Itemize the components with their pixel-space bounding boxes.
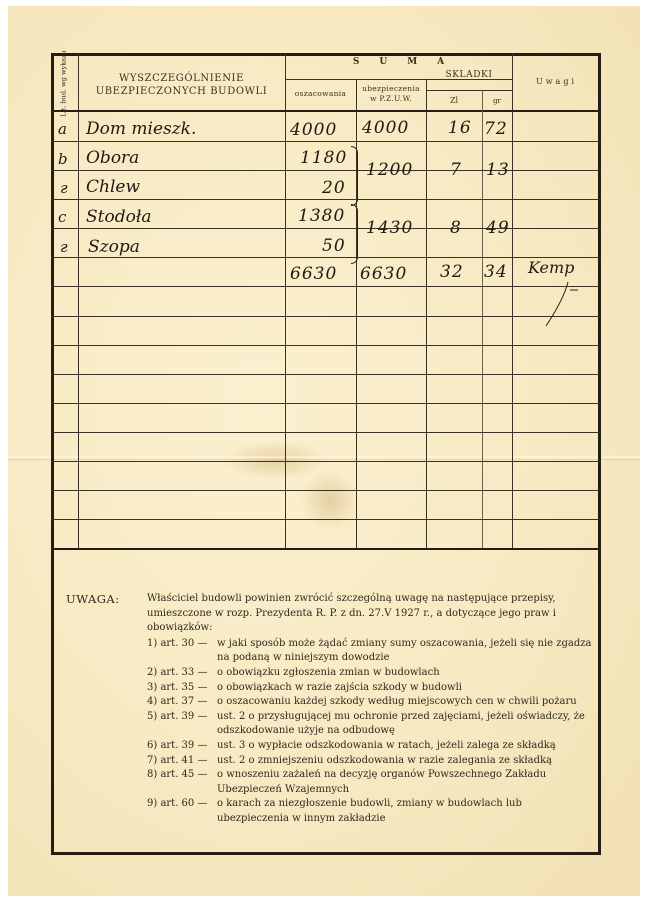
row-oszacowania: 20 [322,178,346,198]
regulation-text: ust. 2 o przysługującej mu ochronie prze… [217,711,585,737]
row-ubezpieczenia: 1430 [366,218,413,238]
row-name: Obora [86,148,139,168]
regulation-text: ust. 2 o zmniejszeniu odszkodowania w ra… [217,755,552,766]
header-bottom-line [51,110,601,112]
row-oszacowania: 1180 [300,148,347,168]
row-oszacowania: 50 [322,236,346,256]
ubezpieczenia-header: ubezpieczenia w P.Z.U.W. [356,84,426,104]
row-rule [51,490,601,491]
row-oszacowania: 1380 [298,206,345,226]
total-oszacowania: 6630 [290,264,337,284]
col-divider [512,53,513,548]
row-lit: c [58,208,66,226]
skladki-header: SKLADKI [426,70,512,80]
description-header-line1: WYSZCZEGÓLNIENIE [78,72,285,85]
row-rule [51,519,601,520]
regulation-text: o karach za niezgłoszenie budowli, zmian… [217,798,522,824]
regulation-item: 3) art. 35 —o obowiązkach w razie zajści… [147,681,595,696]
row-rule [51,345,601,346]
uwagi-header: Uwagi [512,77,601,86]
regulation-item: 8) art. 45 —o wnoszeniu zażaleń na decyz… [147,768,595,797]
description-column-header: WYSZCZEGÓLNIENIE UBEZPIECZONYCH BUDOWLI [78,72,285,98]
regulation-item: 7) art. 41 —ust. 2 o zmniejszeniu odszko… [147,754,595,769]
row-ubezpieczenia: 4000 [362,118,409,138]
row-oszacowania: 4000 [290,120,337,140]
regulation-text: o wnoszeniu zażaleń na decyzję organów P… [217,769,546,795]
regulation-text: o oszacowaniu każdej szkody według miejs… [217,696,577,707]
suma-group-header: SUMA [285,57,512,67]
lit-column-header: Lit. bud. wg wykazu [51,56,78,110]
row-ubezpieczenia: 1200 [366,160,413,180]
row-zl: 16 [448,118,472,138]
regulation-item: 4) art. 37 —o oszacowaniu każdej szkody … [147,695,595,710]
row-rule [51,316,601,317]
row-lit: a [58,120,67,138]
regulation-item: 9) art. 60 —o karach za niezgłoszenie bu… [147,797,595,826]
regulation-item: 1) art. 30 —w jaki sposób może żądać zmi… [147,637,595,666]
col-divider [285,53,286,548]
zl-header: Zl [426,96,482,105]
row-rule [51,461,601,462]
row-lit: b [58,150,68,168]
row-gr: 13 [486,160,510,180]
ubezpieczenia-header-line1: ubezpieczenia [356,84,426,94]
uwagi-signature: Kemp [528,258,574,277]
col-divider [482,90,483,548]
row-zl: 8 [450,218,462,238]
regulation-text: ust. 3 o wypłacie odszkodowania w ratach… [217,740,556,751]
row-rule [51,432,601,433]
col-divider [426,80,427,548]
regulation-number: 1) art. 30 — [147,637,207,652]
row-name: Stodoła [86,207,151,227]
regulation-number: 2) art. 33 — [147,666,207,681]
regulation-number: 5) art. 39 — [147,710,207,725]
row-zl: 7 [450,160,462,180]
row-gr: 49 [486,218,510,238]
regulation-number: 7) art. 41 — [147,754,207,769]
gr-header: gr [482,97,512,105]
regulation-item: 6) art. 39 —ust. 3 o wypłacie odszkodowa… [147,739,595,754]
regulation-number: 8) art. 45 — [147,768,207,783]
uwaga-body: Właściciel budowli powinien zwrócić szcz… [147,592,595,827]
regulation-number: 4) art. 37 — [147,695,207,710]
row-name: Chlew [86,177,140,197]
row-rule [51,403,601,404]
note-separator [51,548,601,550]
total-gr: 34 [484,262,508,282]
skladki-divider [426,90,512,91]
regulation-number: 3) art. 35 — [147,681,207,696]
ubezpieczenia-header-line2: w P.Z.U.W. [356,94,426,104]
row-rule [51,170,601,171]
row-rule [51,257,601,258]
uwaga-label: UWAGA: [66,592,120,607]
row-rule [51,228,601,229]
row-gr: 72 [484,119,508,139]
row-rule [51,141,601,142]
uwaga-intro: Właściciel budowli powinien zwrócić szcz… [147,592,595,636]
row-lit: г [60,179,68,197]
lit-column-header-text: Lit. bud. wg wykazu [61,50,68,116]
regulation-item: 5) art. 39 —ust. 2 o przysługującej mu o… [147,710,595,739]
total-zl: 32 [440,262,464,282]
bracket-stodola-szopa [351,204,358,264]
regulation-item: 2) art. 33 —o obowiązku zgłoszenia zmian… [147,666,595,681]
row-name: Dom mieszk. [86,119,196,139]
regulation-text: o obowiązkach w razie zajścia szkody w b… [217,682,462,693]
signature-stroke-icon [540,280,580,330]
row-rule [51,374,601,375]
regulation-number: 6) art. 39 — [147,739,207,754]
regulation-number: 9) art. 60 — [147,797,207,812]
total-ubezpieczenia: 6630 [360,264,407,284]
col-divider [78,53,79,548]
row-rule [51,286,601,287]
bracket-obora-chlew [351,146,358,206]
oszacowania-header: oszacowania [285,89,356,99]
row-lit: г [60,238,68,256]
row-name: Szopa [88,237,140,257]
regulation-text: o obowiązku zgłoszenia zmian w budowlach [217,667,440,678]
description-header-line2: UBEZPIECZONYCH BUDOWLI [78,85,285,98]
row-rule [51,199,601,200]
regulation-text: w jaki sposób może żądać zmiany sumy osz… [217,638,592,664]
